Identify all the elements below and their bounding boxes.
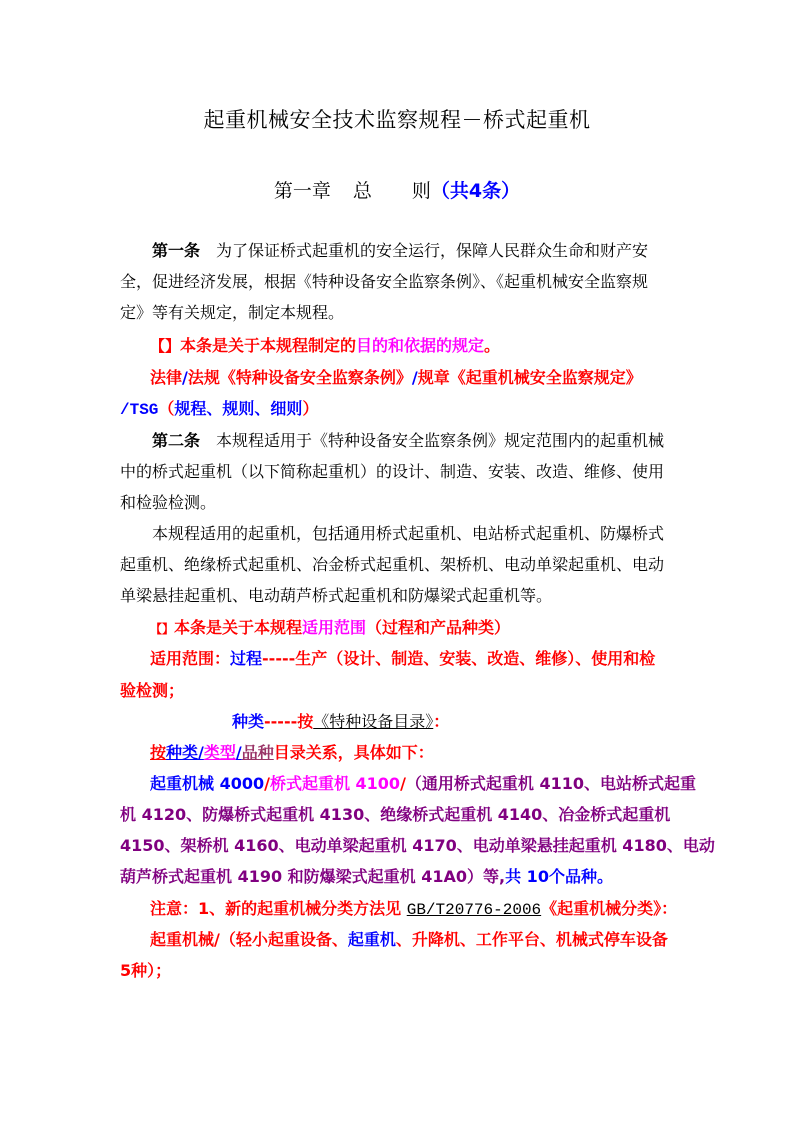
article2-line-2: 中的桥式起重机（以下简称起重机）的设计、制造、安装、改造、维修、使用 (120, 462, 680, 482)
chapter-heading: 第一章总则（共4条） (0, 176, 794, 203)
article2-para2-line-2: 起重机、绝缘桥式起重机、冶金桥式起重机、架桥机、电动单梁起重机、电动 (120, 555, 680, 575)
article1-note: 【】本条是关于本规程制定的目的和依据的规定。 (150, 336, 710, 356)
article1-tsg-line: /TSG（规程、规则、细则） (120, 399, 680, 420)
chapter-word-1: 总 (353, 180, 372, 202)
scope-process: 过程 (230, 649, 262, 668)
catalog-varieties-end: 葫芦桥式起重机 4190 和防爆梁式起重机 41A0）等, (120, 867, 505, 886)
period: 。 (597, 867, 613, 886)
article2-line-1: 第二条本规程适用于《特种设备安全监察条例》规定范围内的起重机械 (152, 431, 712, 451)
relation-type: 类型 (204, 743, 236, 762)
bracket-marker-icon: 【】 (150, 336, 180, 356)
chapter-article-count: （共4条） (431, 180, 520, 202)
article1-line-2: 全，促进经济发展，根据《特种设备安全监察条例》、《起重机械安全监察规 (120, 272, 680, 292)
notice-text: 、升降机、工作平台、机械式停车设备 (396, 930, 668, 949)
article2-para2-line-3: 单梁悬挂起重机、电动葫芦桥式起重机和防爆梁式起重机等。 (120, 586, 680, 606)
catalog-line-3: 4150、架桥机 4160、电动单梁起重机 4170、电动单梁悬挂起重机 418… (120, 836, 680, 856)
scope-line: 适用范围：过程-----生产（设计、制造、安装、改造、维修）、使用和检 (150, 649, 710, 669)
catalog-line-1: 起重机械 4000/桥式起重机 4100/（通用桥式起重机 4110、电站桥式起… (150, 774, 710, 794)
scope-label: 适用范围： (150, 649, 230, 668)
tsg-label: /TSG (120, 401, 158, 419)
notice-prefix: 注意：1、新的起重机械分类方法见 (150, 899, 407, 918)
article2-para2-line-1: 本规程适用的起重机，包括通用桥式起重机、电站桥式起重机、防爆桥式 (152, 524, 712, 544)
dashes: ----- (264, 712, 297, 731)
document-title: 起重机械安全技术监察规程－桥式起重机 (0, 104, 794, 134)
scope-line-2: 验检测； (120, 681, 680, 701)
article2-text-1: 本规程适用于《特种设备安全监察条例》规定范围内的起重机械 (216, 431, 664, 450)
notice-highlight: 起重机 (348, 930, 396, 949)
law-label: 法律 (150, 368, 182, 387)
standard-number: GB/T20776-2006 (407, 901, 541, 919)
article2-note-highlight: 适用范围 (302, 618, 366, 637)
article2-line-3: 和检验检测。 (120, 493, 680, 513)
article2-note-suffix: （过程和产品种类） (366, 618, 510, 637)
article1-text-1: 为了保证桥式起重机的安全运行，保障人民群众生命和财产安 (216, 241, 648, 260)
catalog-line-2: 机 4120、防爆桥式起重机 4130、绝缘桥式起重机 4140、冶金桥式起重机 (120, 805, 680, 825)
tsg-items: 规程、规则、细则 (174, 399, 302, 418)
rule-label: 规章《起重机械安全监察规定》 (418, 368, 642, 387)
dashes: ----- (262, 649, 295, 668)
by-label: 按 (150, 743, 166, 762)
article1-note-highlight: 目的和依据的规定 (356, 336, 484, 355)
article2-note: 【】本条是关于本规程适用范围（过程和产品种类） (150, 618, 710, 639)
catalog-reference: 《特种设备目录》 (313, 712, 433, 731)
relation-category: 种类 (166, 743, 198, 762)
paren: ） (302, 399, 318, 418)
by-label: 按 (297, 712, 313, 731)
relation-line: 按种类/类型/品种目录关系，具体如下： (150, 743, 710, 763)
scope-text: 生产（设计、制造、安装、改造、维修）、使用和检 (295, 649, 655, 668)
article1-line-3: 定》等有关规定，制定本规程。 (120, 303, 680, 323)
article1-line-1: 第一条为了保证桥式起重机的安全运行，保障人民群众生命和财产安 (152, 241, 712, 261)
kind-line: 种类-----按《特种设备目录》： (232, 712, 792, 732)
standard-title: 《起重机械分类》： (541, 899, 677, 918)
catalog-type: 桥式起重机 4100 (270, 774, 400, 793)
colon: ： (433, 712, 449, 731)
variety-count: 共 10个品种 (505, 867, 597, 886)
notice-text: 起重机械/（轻小起重设备、 (150, 930, 348, 949)
catalog-varieties: （通用桥式起重机 4110、电站桥式起重 (406, 774, 696, 793)
article2-head: 第二条 (152, 431, 200, 450)
article2-note-prefix: 本条是关于本规程 (174, 618, 302, 637)
notice-line-3: 5种）； (120, 961, 680, 981)
chapter-word-2: 则 (412, 180, 431, 202)
catalog-category: 起重机械 4000 (150, 774, 264, 793)
article1-head: 第一条 (152, 241, 200, 260)
catalog-line-4: 葫芦桥式起重机 4190 和防爆梁式起重机 41A0）等,共 10个品种。 (120, 867, 680, 887)
relation-variety: 品种 (242, 743, 274, 762)
notice-line-1: 注意：1、新的起重机械分类方法见 GB/T20776-2006《起重机械分类》： (150, 899, 710, 920)
regulation-label: 法规《特种设备安全监察条例》 (188, 368, 412, 387)
article1-note-suffix: 。 (484, 336, 500, 355)
article1-law-line: 法律/法规《特种设备安全监察条例》/规章《起重机械安全监察规定》 (150, 368, 710, 388)
bracket-marker-icon: 【】 (150, 619, 174, 639)
article1-note-prefix: 本条是关于本规程制定的 (180, 336, 356, 355)
document-page: 起重机械安全技术监察规程－桥式起重机 第一章总则（共4条） 第一条为了保证桥式起… (0, 0, 794, 1123)
kind-label: 种类 (232, 712, 264, 731)
relation-text: 目录关系，具体如下： (274, 743, 434, 762)
chapter-label: 第一章 (274, 180, 331, 202)
notice-line-2: 起重机械/（轻小起重设备、起重机、升降机、工作平台、机械式停车设备 (150, 930, 710, 950)
paren: （ (158, 399, 174, 418)
